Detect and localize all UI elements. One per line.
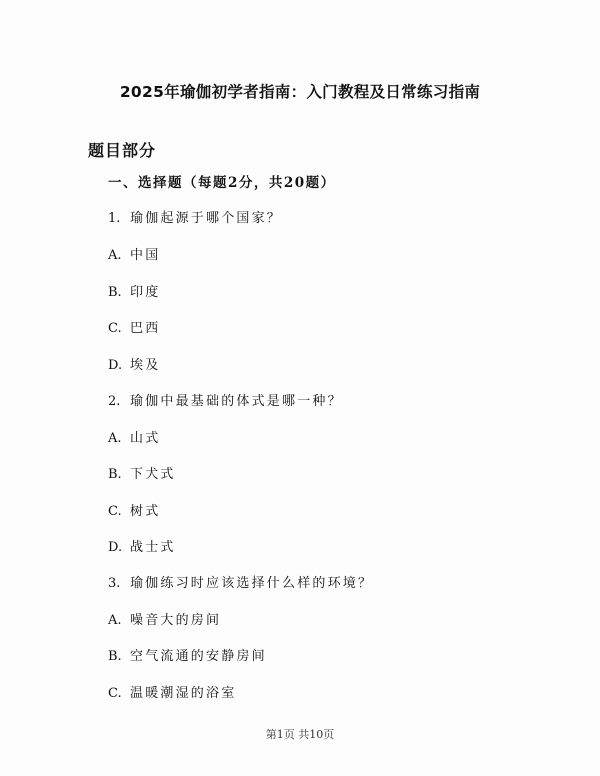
option-label: D. bbox=[108, 358, 130, 373]
option-1d: D.埃及 bbox=[108, 354, 160, 373]
option-label: C. bbox=[108, 504, 130, 519]
option-1b: B.印度 bbox=[108, 281, 160, 300]
option-label: A. bbox=[108, 613, 130, 628]
option-label: C. bbox=[108, 321, 130, 336]
option-label: A. bbox=[108, 431, 130, 446]
option-2a: A.山式 bbox=[108, 427, 160, 446]
option-label: B. bbox=[108, 649, 130, 664]
option-text: 空气流通的安静房间 bbox=[130, 649, 267, 664]
document-page: 2025年瑜伽初学者指南：入门教程及日常练习指南 题目部分 一、选择题（每题2分… bbox=[0, 0, 600, 776]
question-number: 3. bbox=[108, 576, 130, 591]
option-text: 战士式 bbox=[130, 540, 176, 555]
question-number: 1. bbox=[108, 211, 130, 226]
option-2d: D.战士式 bbox=[108, 536, 176, 555]
option-text: 印度 bbox=[130, 285, 160, 300]
option-label: B. bbox=[108, 285, 130, 300]
question-number: 2. bbox=[108, 394, 130, 409]
option-label: C. bbox=[108, 686, 130, 701]
option-label: A. bbox=[108, 248, 130, 263]
option-text: 中国 bbox=[130, 248, 160, 263]
question-1: 1.瑜伽起源于哪个国家？ bbox=[108, 207, 282, 226]
document-title: 2025年瑜伽初学者指南：入门教程及日常练习指南 bbox=[0, 80, 600, 102]
option-2b: B.下犬式 bbox=[108, 463, 176, 482]
question-text: 瑜伽练习时应该选择什么样的环境？ bbox=[130, 576, 373, 591]
option-text: 巴西 bbox=[130, 321, 160, 336]
option-1a: A.中国 bbox=[108, 244, 160, 263]
page-footer: 第1页 共10页 bbox=[0, 726, 600, 742]
section-heading: 题目部分 bbox=[88, 138, 156, 161]
option-3c: C.温暖潮湿的浴室 bbox=[108, 682, 236, 701]
question-text: 瑜伽起源于哪个国家？ bbox=[130, 211, 282, 226]
subsection-heading: 一、选择题（每题2分，共20题） bbox=[108, 171, 336, 191]
option-3b: B.空气流通的安静房间 bbox=[108, 645, 267, 664]
option-label: D. bbox=[108, 540, 130, 555]
option-text: 噪音大的房间 bbox=[130, 613, 221, 628]
option-label: B. bbox=[108, 467, 130, 482]
option-text: 树式 bbox=[130, 504, 160, 519]
option-1c: C.巴西 bbox=[108, 317, 160, 336]
option-text: 温暖潮湿的浴室 bbox=[130, 686, 236, 701]
question-2: 2.瑜伽中最基础的体式是哪一种？ bbox=[108, 390, 343, 409]
option-3a: A.噪音大的房间 bbox=[108, 609, 221, 628]
question-3: 3.瑜伽练习时应该选择什么样的环境？ bbox=[108, 572, 373, 591]
option-2c: C.树式 bbox=[108, 500, 160, 519]
option-text: 山式 bbox=[130, 431, 160, 446]
option-text: 下犬式 bbox=[130, 467, 176, 482]
option-text: 埃及 bbox=[130, 358, 160, 373]
question-text: 瑜伽中最基础的体式是哪一种？ bbox=[130, 394, 343, 409]
